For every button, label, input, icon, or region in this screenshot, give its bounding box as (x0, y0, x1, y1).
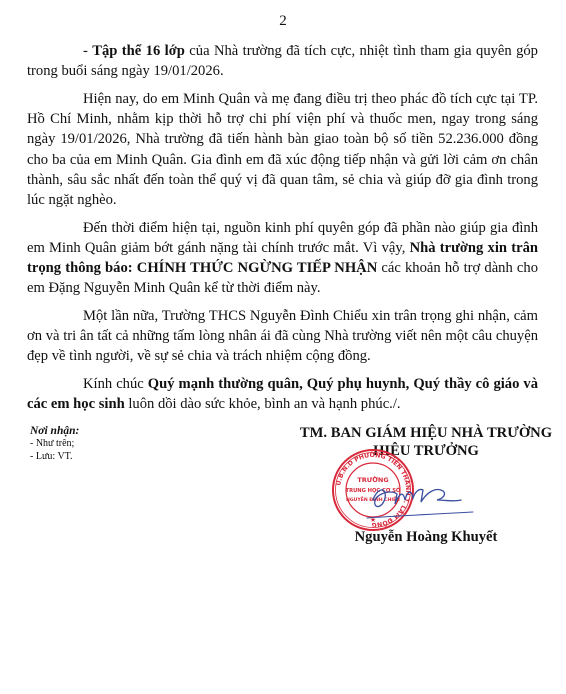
text-run: - (83, 43, 92, 59)
paragraph-gratitude: Một lần nữa, Trường THCS Nguyễn Đình Chi… (27, 306, 538, 367)
recipients-title: Nơi nhận: (30, 425, 230, 438)
text-run: Hiện nay, do em Minh Quân và mẹ đang điề… (27, 91, 538, 208)
signature-on-behalf: TM. BAN GIÁM HIỆU NHÀ TRƯỜNG (286, 424, 566, 442)
paragraph-wishes: Kính chúc Quý mạnh thường quân, Quý phụ … (27, 374, 538, 414)
handwritten-signature-icon (365, 470, 475, 525)
text-run: luôn dồi dào sức khỏe, bình an và hạnh p… (125, 396, 401, 412)
paragraph-handover-funds: Hiện nay, do em Minh Quân và mẹ đang điề… (27, 89, 538, 210)
document-body: - Tập thể 16 lớp của Nhà trường đã tích … (27, 41, 538, 422)
bold-text: Tập thể 16 lớp (92, 43, 185, 59)
recipient-line: - Như trên; (30, 438, 230, 451)
paragraph-stop-receiving: Đến thời điểm hiện tại, nguồn kinh phí q… (27, 218, 538, 299)
text-run: Một lần nữa, Trường THCS Nguyễn Đình Chi… (27, 308, 538, 364)
recipients-block: Nơi nhận: - Như trên; - Lưu: VT. (30, 425, 230, 463)
page-number: 2 (0, 12, 566, 30)
signatory-name: Nguyễn Hoàng Khuyết (286, 528, 566, 546)
signature-block: TM. BAN GIÁM HIỆU NHÀ TRƯỜNG HIỆU TRƯỞNG (286, 424, 566, 460)
text-run: Kính chúc (83, 376, 148, 392)
recipient-line: - Lưu: VT. (30, 451, 230, 464)
signature-position: HIỆU TRƯỞNG (286, 442, 566, 460)
paragraph-class-participation: - Tập thể 16 lớp của Nhà trường đã tích … (27, 41, 538, 81)
